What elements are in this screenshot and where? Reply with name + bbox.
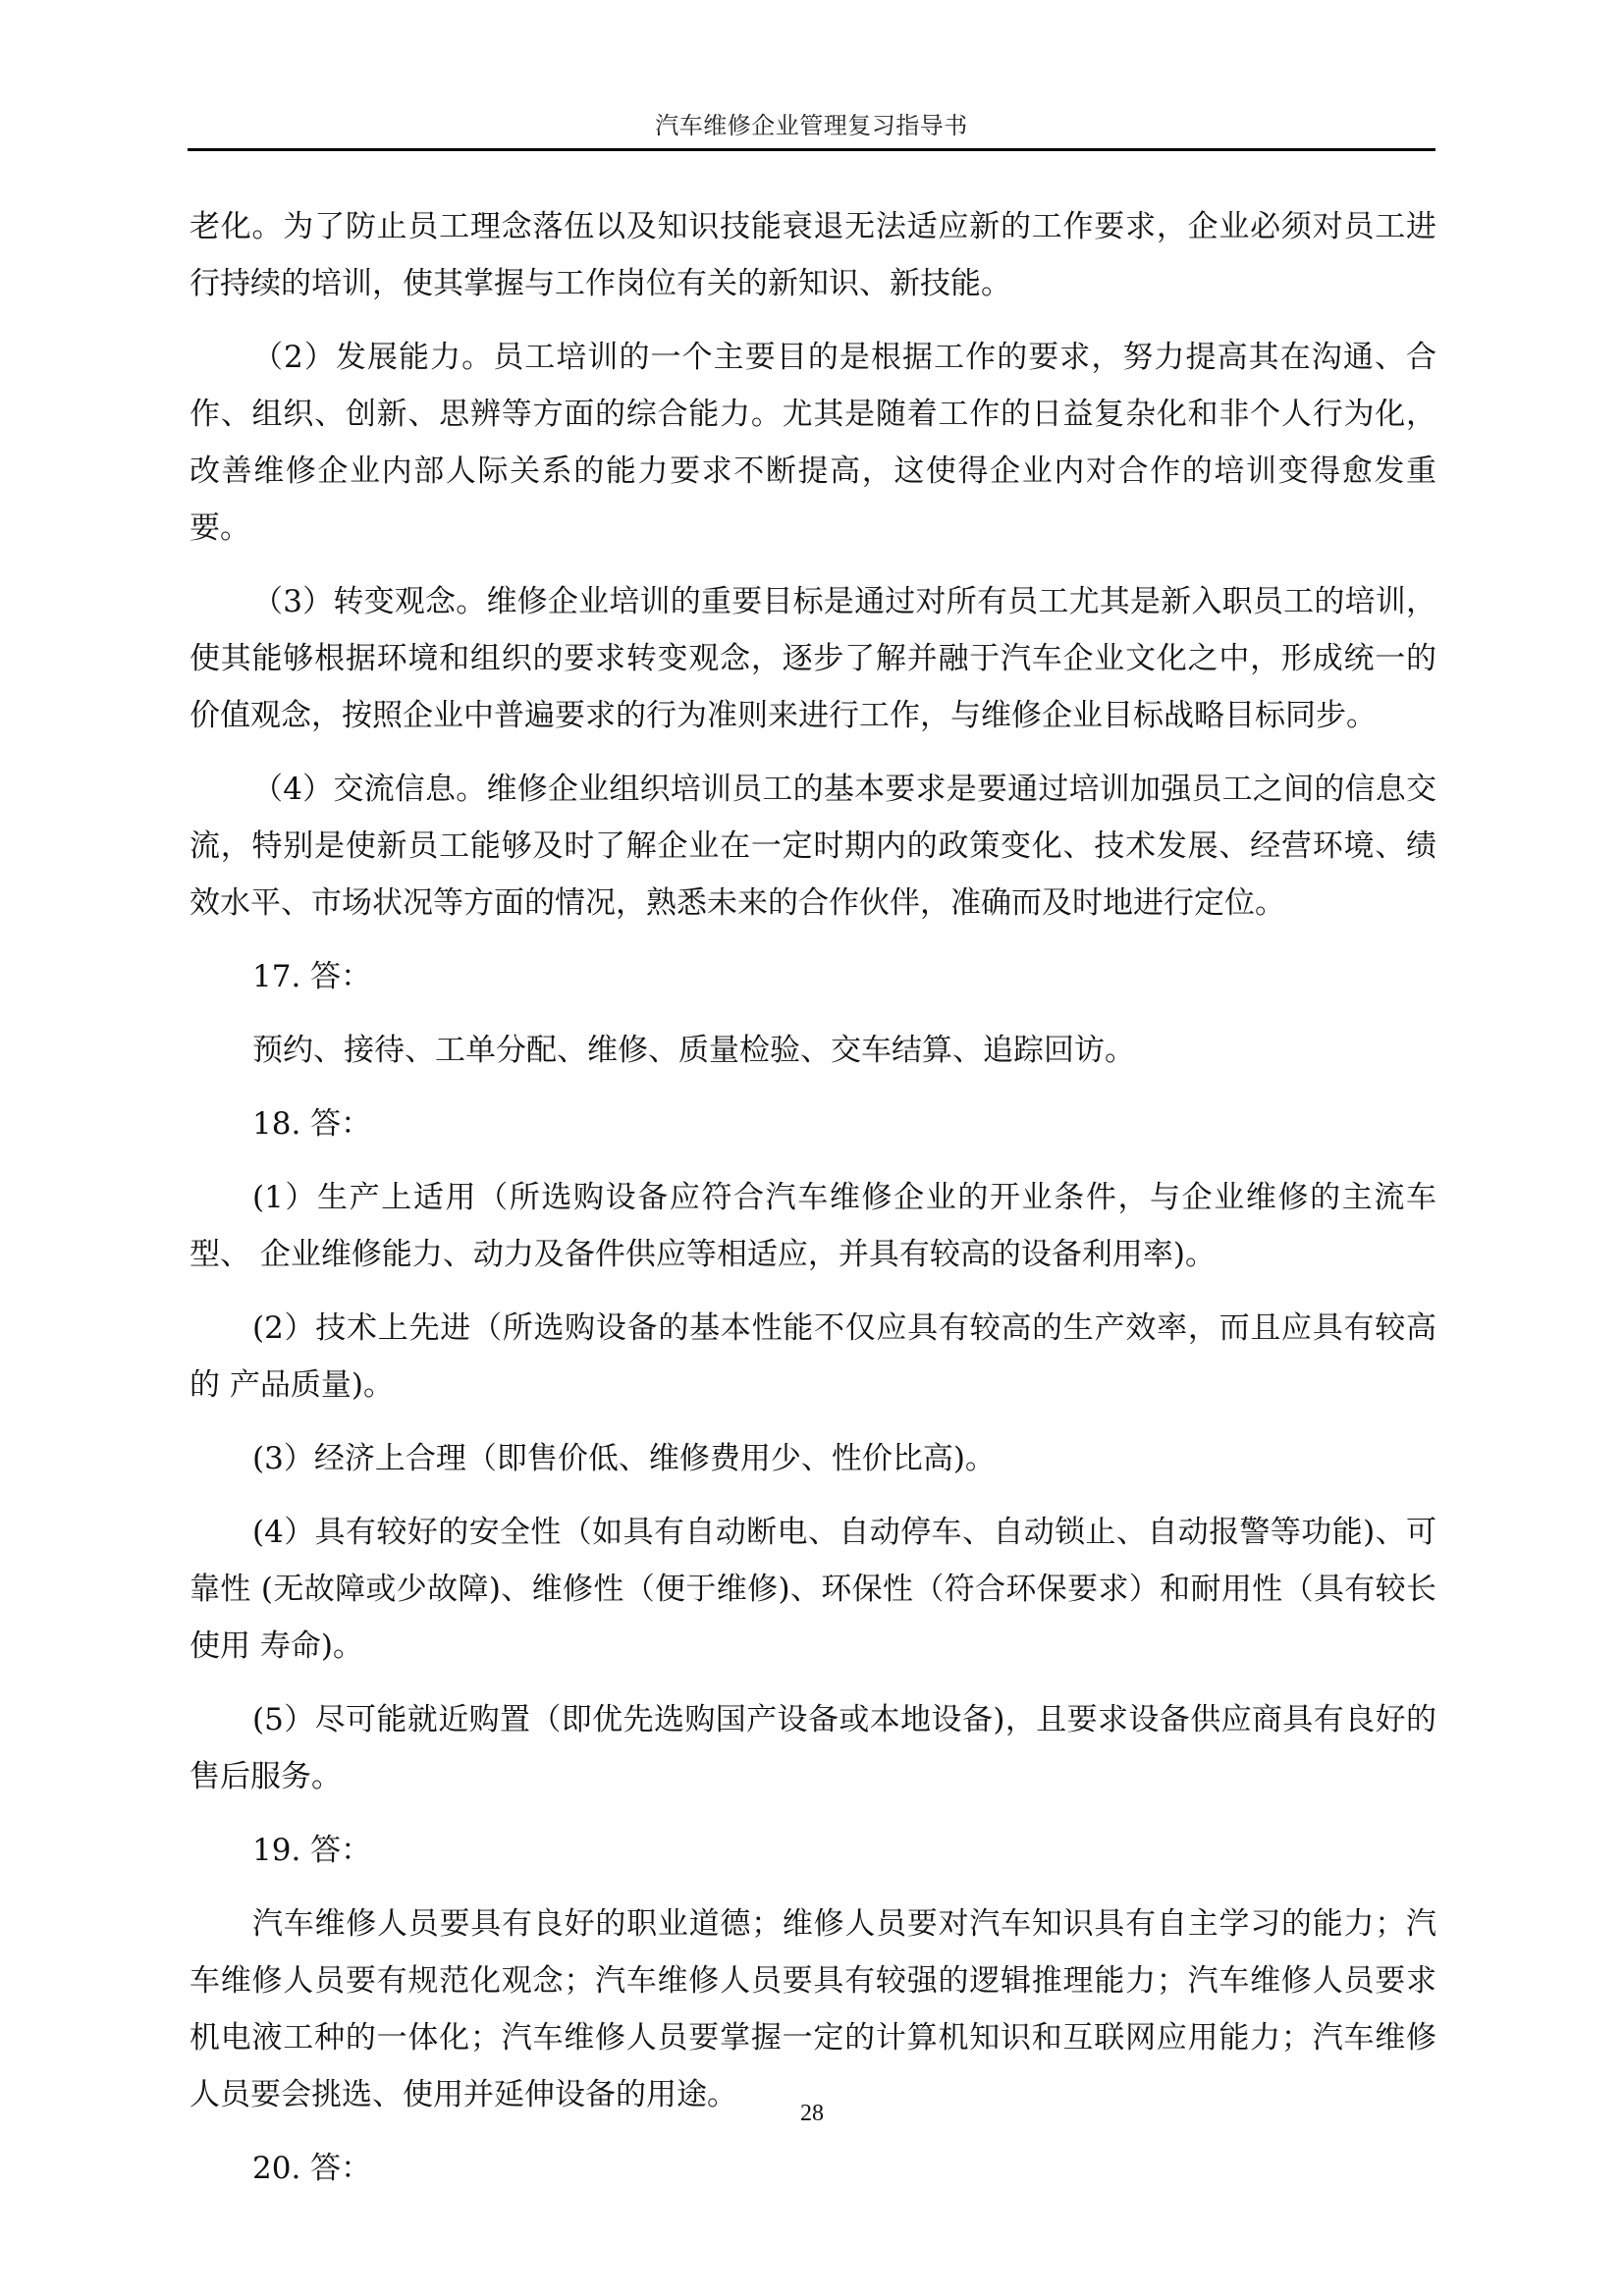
answer-17: 预约、接待、工单分配、维修、质量检验、交车结算、追踪回访。: [189, 1022, 1436, 1079]
document-page: 汽车维修企业管理复习指导书 老化。为了防止员工理念落伍以及知识技能衰退无法适应新…: [0, 0, 1624, 2296]
page-number: 28: [0, 2099, 1624, 2128]
answer-18-item-1: (1）生产上适用（所选购设备应符合汽车维修企业的开业条件，与企业维修的主流车型、…: [189, 1169, 1436, 1283]
header-rule: [188, 148, 1435, 151]
question-label-20: 20. 答：: [189, 2140, 1436, 2197]
question-label-17: 17. 答：: [189, 948, 1436, 1005]
paragraph-change-concept: （3）转变观念。维修企业培训的重要目标是通过对所有员工尤其是新入职员工的培训，使…: [189, 573, 1436, 744]
answer-18-item-2: (2）技术上先进（所选购设备的基本性能不仅应具有较高的生产效率，而且应具有较高的…: [189, 1300, 1436, 1414]
paragraph-develop-ability: （2）发展能力。员工培训的一个主要目的是根据工作的要求，努力提高其在沟通、合作、…: [189, 329, 1436, 557]
answer-18-item-5: (5）尽可能就近购置（即优先选购国产设备或本地设备)，且要求设备供应商具有良好的…: [189, 1691, 1436, 1805]
answer-18-item-4: (4）具有较好的安全性（如具有自动断电、自动停车、自动锁止、自动报警等功能)、可…: [189, 1504, 1436, 1675]
paragraph-continuation: 老化。为了防止员工理念落伍以及知识技能衰退无法适应新的工作要求，企业必须对员工进…: [189, 198, 1436, 312]
running-header-title: 汽车维修企业管理复习指导书: [188, 110, 1435, 141]
answer-19: 汽车维修人员要具有良好的职业道德；维修人员要对汽车知识具有自主学习的能力；汽车维…: [189, 1896, 1436, 2123]
paragraph-exchange-info: （4）交流信息。维修企业组织培训员工的基本要求是要通过培训加强员工之间的信息交流…: [189, 761, 1436, 932]
question-label-19: 19. 答：: [189, 1822, 1436, 1879]
question-label-18: 18. 答：: [189, 1095, 1436, 1152]
answer-18-item-3: (3）经济上合理（即售价低、维修费用少、性价比高)。: [189, 1430, 1436, 1487]
body-text: 老化。为了防止员工理念落伍以及知识技能衰退无法适应新的工作要求，企业必须对员工进…: [189, 198, 1436, 2214]
